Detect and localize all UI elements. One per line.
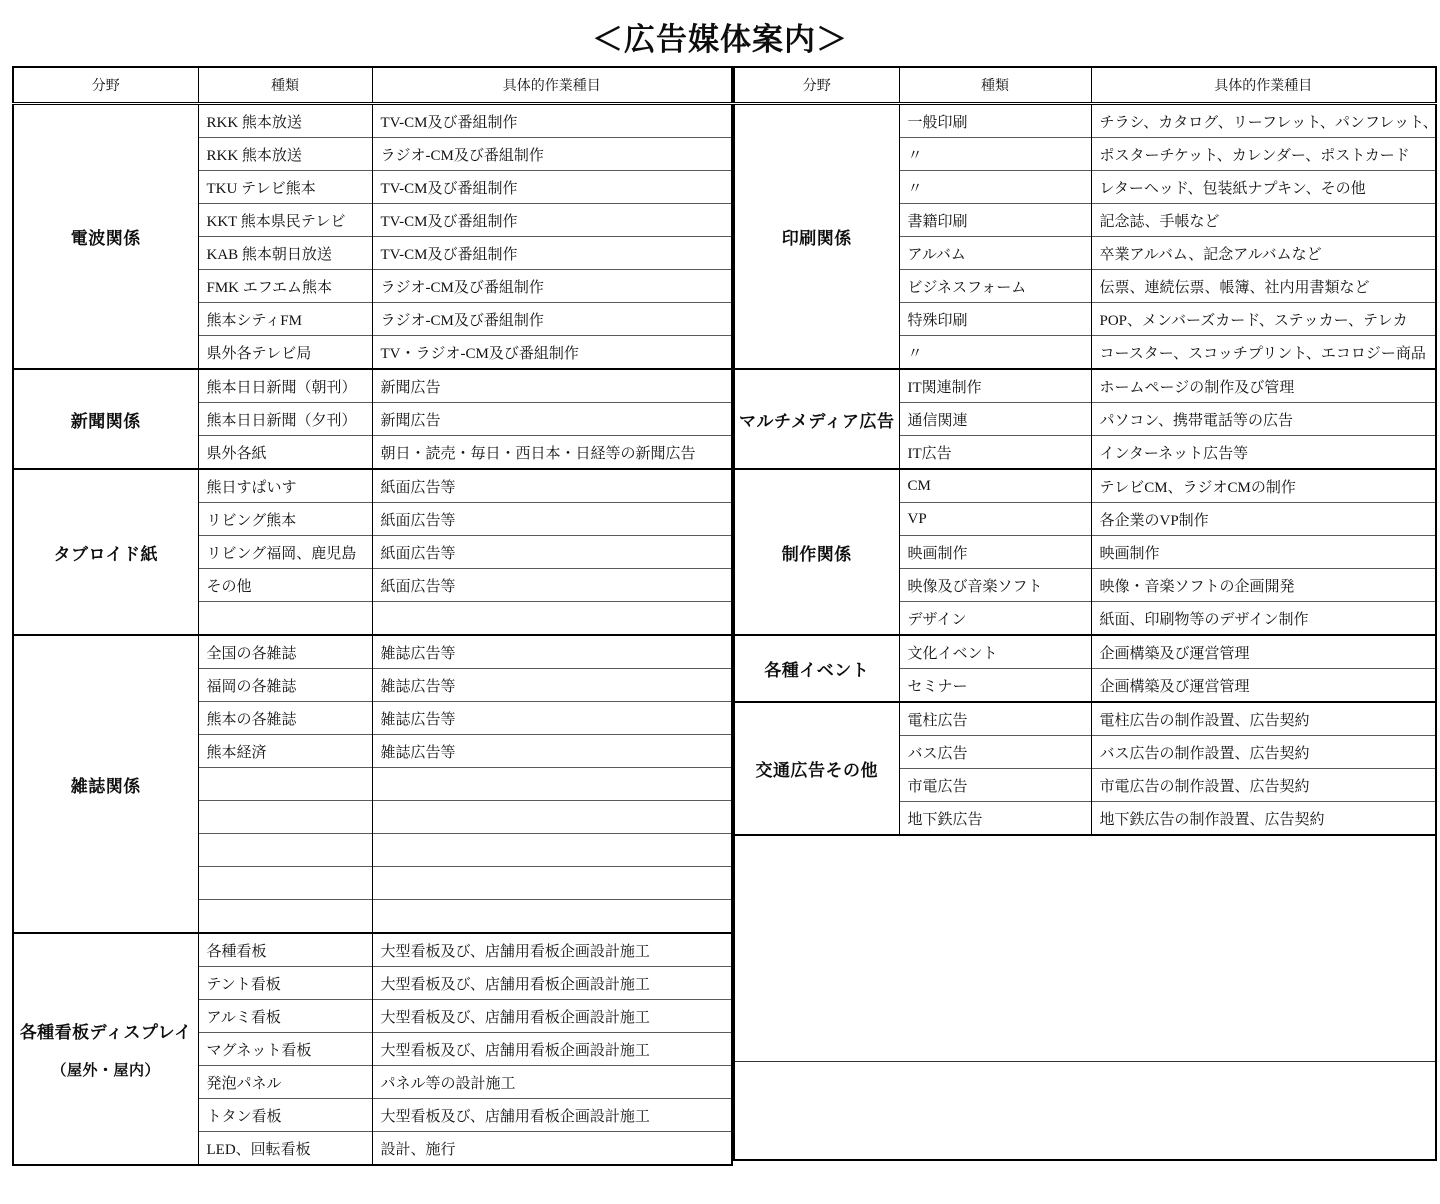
work-cell [372,768,732,801]
work-cell: 各企業のVP制作 [1091,503,1436,536]
kind-cell: KAB 熊本朝日放送 [198,237,372,270]
work-cell: ポスターチケット、カレンダー、ポストカード [1091,138,1436,171]
work-cell: 映像・音楽ソフトの企画開発 [1091,569,1436,602]
table-row: 雑誌関係 全国の各雑誌 雑誌広告等 [13,635,732,669]
work-cell: TV-CM及び番組制作 [372,237,732,270]
kind-cell: CM [899,469,1091,503]
work-cell: 紙面広告等 [372,569,732,602]
section-label-tabloid: タブロイド紙 [13,469,198,635]
work-cell: パソコン、携帯電話等の広告 [1091,403,1436,436]
kind-cell: 通信関連 [899,403,1091,436]
work-cell: 雑誌広告等 [372,635,732,669]
section-label-signboard-line1: 各種看板ディスプレイ [15,1018,197,1043]
kind-cell: テント看板 [198,967,372,1000]
section-label-events: 各種イベント [734,635,899,702]
table-row: 制作関係 CM テレビCM、ラジオCMの制作 [734,469,1436,503]
work-cell: TV-CM及び番組制作 [372,104,732,138]
kind-cell: 特殊印刷 [899,303,1091,336]
section-label-newspaper: 新聞関係 [13,369,198,469]
work-cell: テレビCM、ラジオCMの制作 [1091,469,1436,503]
section-label-printing: 印刷関係 [734,104,899,370]
kind-cell: リビング熊本 [198,503,372,536]
work-cell: 大型看板及び、店舗用看板企画設計施工 [372,967,732,1000]
work-cell: 紙面、印刷物等のデザイン制作 [1091,602,1436,636]
kind-cell: 書籍印刷 [899,204,1091,237]
kind-cell: 発泡パネル [198,1066,372,1099]
table-row: 各種イベント 文化イベント 企画構築及び運営管理 [734,635,1436,669]
media-table-right: 分野 種類 具体的作業種目 印刷関係 一般印刷 チラシ、カタログ、リーフレット、… [733,66,1437,1161]
table-row: 新聞関係 熊本日日新聞（朝刊） 新聞広告 [13,369,732,403]
kind-cell: RKK 熊本放送 [198,138,372,171]
kind-cell: バス広告 [899,736,1091,769]
section-label-broadcast: 電波関係 [13,104,198,370]
work-cell: 朝日・読売・毎日・西日本・日経等の新聞広告 [372,436,732,470]
header-row: 分野 種類 具体的作業種目 [13,67,732,104]
column-header-work: 具体的作業種目 [372,67,732,104]
column-header-field: 分野 [13,67,198,104]
kind-cell: VP [899,503,1091,536]
work-cell: インターネット広告等 [1091,436,1436,470]
work-cell: パネル等の設計施工 [372,1066,732,1099]
media-table-left: 分野 種類 具体的作業種目 電波関係 RKK 熊本放送 TV-CM及び番組制作 … [12,66,733,1166]
work-cell: 企画構築及び運営管理 [1091,669,1436,703]
column-header-kind: 種類 [899,67,1091,104]
work-cell: 市電広告の制作設置、広告契約 [1091,769,1436,802]
kind-cell [198,768,372,801]
table-row: タブロイド紙 熊日すぱいす 紙面広告等 [13,469,732,503]
kind-cell: 県外各テレビ局 [198,336,372,370]
kind-cell: リビング福岡、鹿児島 [198,536,372,569]
work-cell [372,834,732,867]
kind-cell: 全国の各雑誌 [198,635,372,669]
section-label-magazine: 雑誌関係 [13,635,198,933]
tables-container: 分野 種類 具体的作業種目 電波関係 RKK 熊本放送 TV-CM及び番組制作 … [12,66,1437,1166]
work-cell: POP、メンバーズカード、ステッカー、テレカ [1091,303,1436,336]
kind-cell: アルミ看板 [198,1000,372,1033]
kind-cell: ビジネスフォーム [899,270,1091,303]
work-cell: 大型看板及び、店舗用看板企画設計施工 [372,1033,732,1066]
kind-cell: RKK 熊本放送 [198,104,372,138]
kind-cell [198,900,372,934]
kind-cell: IT関連制作 [899,369,1091,403]
kind-cell: 〃 [899,138,1091,171]
work-cell: 大型看板及び、店舗用看板企画設計施工 [372,933,732,967]
work-cell: 設計、施行 [372,1132,732,1166]
work-cell [372,900,732,934]
kind-cell: 熊本日日新聞（夕刊） [198,403,372,436]
kind-cell: FMK エフエム熊本 [198,270,372,303]
work-cell: 映画制作 [1091,536,1436,569]
kind-cell: 県外各紙 [198,436,372,470]
work-cell: 紙面広告等 [372,469,732,503]
column-header-work: 具体的作業種目 [1091,67,1436,104]
table-row: マルチメディア広告 IT関連制作 ホームページの制作及び管理 [734,369,1436,403]
table-row: 交通広告その他 電柱広告 電柱広告の制作設置、広告契約 [734,702,1436,736]
work-cell: ラジオ-CM及び番組制作 [372,270,732,303]
kind-cell: 市電広告 [899,769,1091,802]
empty-block-row [734,835,1436,1062]
kind-cell: IT広告 [899,436,1091,470]
work-cell: ラジオ-CM及び番組制作 [372,138,732,171]
column-header-field: 分野 [734,67,899,104]
table-row: 電波関係 RKK 熊本放送 TV-CM及び番組制作 [13,104,732,138]
work-cell: 卒業アルバム、記念アルバムなど [1091,237,1436,270]
work-cell: TV-CM及び番組制作 [372,171,732,204]
kind-cell: LED、回転看板 [198,1132,372,1166]
work-cell: 雑誌広告等 [372,669,732,702]
work-cell [372,867,732,900]
work-cell [372,801,732,834]
kind-cell: 〃 [899,336,1091,370]
kind-cell: 熊本経済 [198,735,372,768]
work-cell: 伝票、連続伝票、帳簿、社内用書類など [1091,270,1436,303]
kind-cell [198,867,372,900]
section-label-transit: 交通広告その他 [734,702,899,835]
section-label-production: 制作関係 [734,469,899,635]
work-cell: 雑誌広告等 [372,735,732,768]
work-cell: ホームページの制作及び管理 [1091,369,1436,403]
kind-cell: 福岡の各雑誌 [198,669,372,702]
table-row: 印刷関係 一般印刷 チラシ、カタログ、リーフレット、パンフレット、DM [734,104,1436,138]
empty-block-row [734,1062,1436,1161]
kind-cell: 熊本の各雑誌 [198,702,372,735]
column-header-kind: 種類 [198,67,372,104]
work-cell: 電柱広告の制作設置、広告契約 [1091,702,1436,736]
kind-cell: デザイン [899,602,1091,636]
kind-cell: KKT 熊本県民テレビ [198,204,372,237]
section-label-signboard: 各種看板ディスプレイ （屋外・屋内） [13,933,198,1165]
kind-cell: 熊本日日新聞（朝刊） [198,369,372,403]
kind-cell: 映画制作 [899,536,1091,569]
work-cell [372,602,732,636]
work-cell: 記念誌、手帳など [1091,204,1436,237]
kind-cell: 地下鉄広告 [899,802,1091,836]
kind-cell: TKU テレビ熊本 [198,171,372,204]
kind-cell [198,801,372,834]
work-cell: 大型看板及び、店舗用看板企画設計施工 [372,1099,732,1132]
kind-cell: 〃 [899,171,1091,204]
work-cell: コースター、スコッチプリント、エコロジー商品 [1091,336,1436,370]
kind-cell: 文化イベント [899,635,1091,669]
kind-cell: トタン看板 [198,1099,372,1132]
work-cell: TV-CM及び番組制作 [372,204,732,237]
work-cell: ラジオ-CM及び番組制作 [372,303,732,336]
kind-cell: アルバム [899,237,1091,270]
work-cell: バス広告の制作設置、広告契約 [1091,736,1436,769]
work-cell: 新聞広告 [372,403,732,436]
work-cell: 地下鉄広告の制作設置、広告契約 [1091,802,1436,836]
work-cell: 紙面広告等 [372,536,732,569]
section-label-signboard-line2: （屋外・屋内） [15,1059,197,1080]
kind-cell [198,602,372,636]
empty-cell [734,835,1436,1062]
work-cell: TV・ラジオ-CM及び番組制作 [372,336,732,370]
empty-cell [734,1062,1436,1161]
kind-cell [198,834,372,867]
kind-cell: 各種看板 [198,933,372,967]
work-cell: レターヘッド、包装紙ナプキン、その他 [1091,171,1436,204]
kind-cell: 熊日すぱいす [198,469,372,503]
work-cell: 紙面広告等 [372,503,732,536]
work-cell: チラシ、カタログ、リーフレット、パンフレット、DM [1091,104,1436,138]
kind-cell: その他 [198,569,372,602]
page-title: ＜広告媒体案内＞ [0,14,1440,59]
section-label-multimedia: マルチメディア広告 [734,369,899,469]
table-row: 各種看板ディスプレイ （屋外・屋内） 各種看板 大型看板及び、店舗用看板企画設計… [13,933,732,967]
advertising-media-guide-page: ＜広告媒体案内＞ 分野 種類 具体的作業種目 電波関係 RKK 熊本放送 TV-… [0,0,1440,1204]
work-cell: 企画構築及び運営管理 [1091,635,1436,669]
kind-cell: 映像及び音楽ソフト [899,569,1091,602]
header-row: 分野 種類 具体的作業種目 [734,67,1436,104]
kind-cell: マグネット看板 [198,1033,372,1066]
work-cell: 雑誌広告等 [372,702,732,735]
kind-cell: セミナー [899,669,1091,703]
work-cell: 新聞広告 [372,369,732,403]
work-cell: 大型看板及び、店舗用看板企画設計施工 [372,1000,732,1033]
kind-cell: 熊本シティFM [198,303,372,336]
kind-cell: 電柱広告 [899,702,1091,736]
kind-cell: 一般印刷 [899,104,1091,138]
